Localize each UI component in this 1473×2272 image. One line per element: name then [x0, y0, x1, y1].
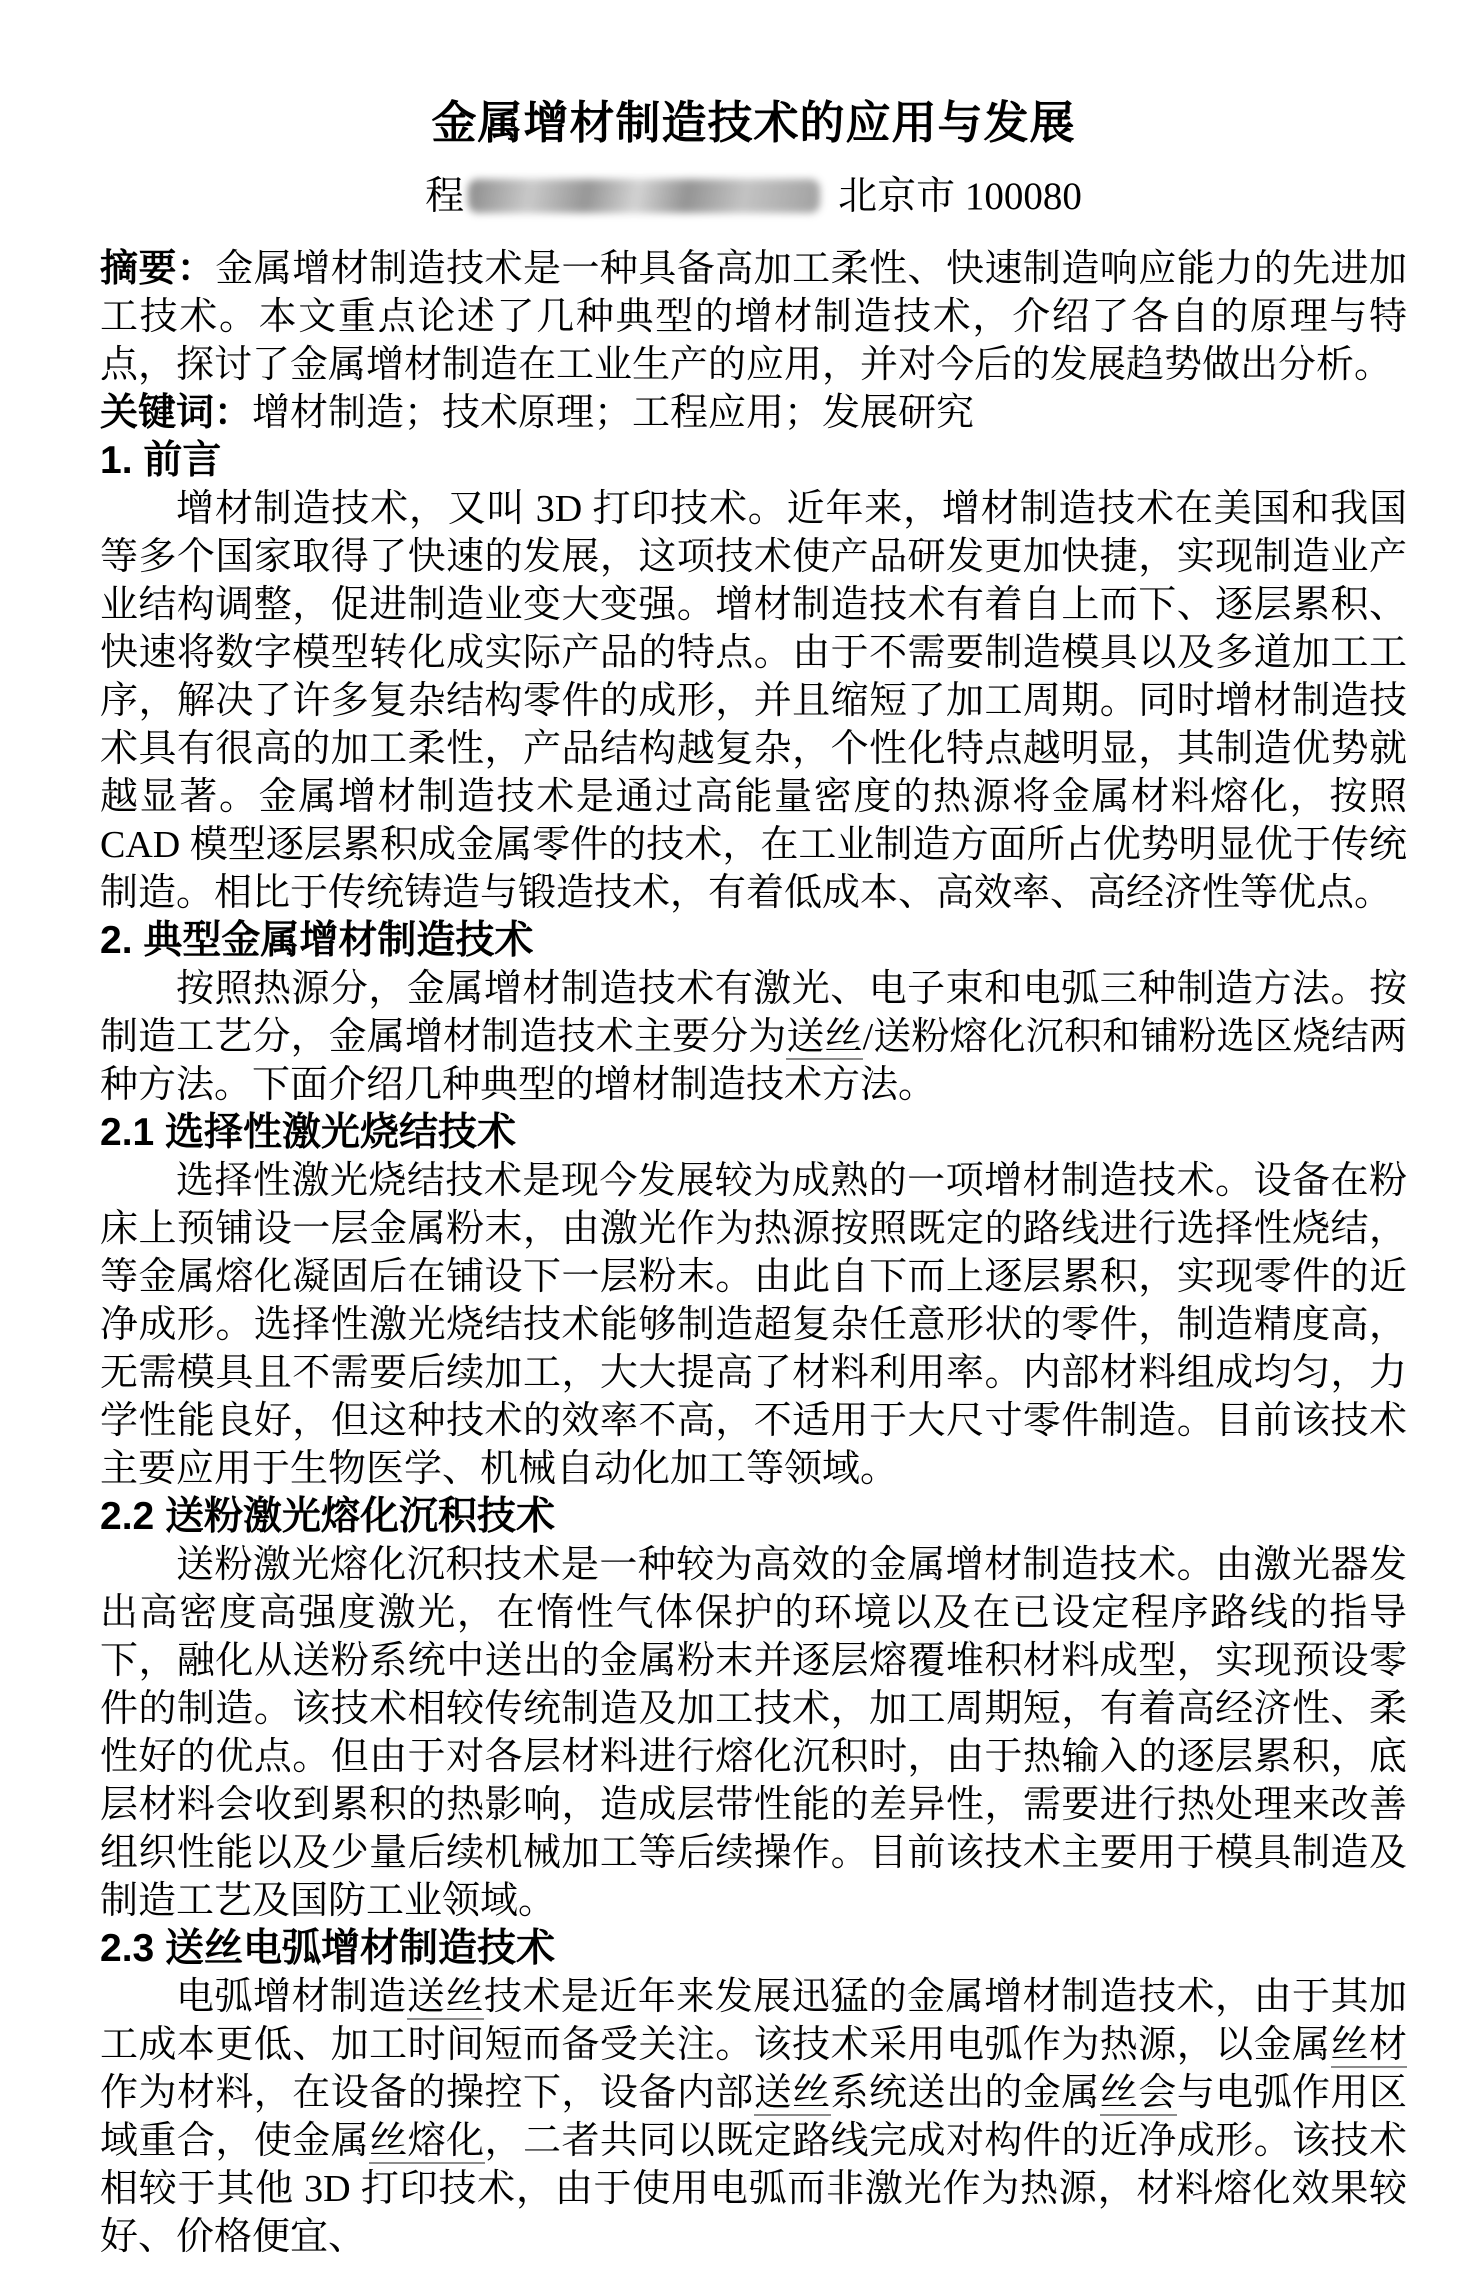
section-2-paragraph: 按照热源分，金属增材制造技术有激光、电子束和电弧三种制造方法。按制造工艺分，金属…	[100, 965, 1407, 1109]
proofing-underline: 丝会	[1100, 2072, 1177, 2116]
proofing-underline: 送丝	[407, 1976, 484, 2020]
abstract-text: 金属增材制造技术是一种具备高加工柔性、快速制造响应能力的先进加工技术。本文重点论…	[100, 248, 1407, 386]
paper-page: 金属增材制造技术的应用与发展 程北京市 100080 摘要：金属增材制造技术是一…	[0, 0, 1473, 2272]
abstract-paragraph: 摘要：金属增材制造技术是一种具备高加工柔性、快速制造响应能力的先进加工技术。本文…	[100, 245, 1407, 389]
section-1-paragraph: 增材制造技术，又叫 3D 打印技术。近年来，增材制造技术在美国和我国等多个国家取…	[100, 485, 1407, 917]
proofing-underline: 丝材	[1331, 2024, 1407, 2068]
keywords-paragraph: 关键词：增材制造；技术原理；工程应用；发展研究	[100, 389, 1407, 437]
section-2-2-heading: 2.2 送粉激光熔化沉积技术	[100, 1493, 1407, 1541]
author-affiliation: 北京市 100080	[838, 175, 1082, 218]
proofing-underline: 送丝	[754, 2072, 831, 2116]
section-2-heading: 2. 典型金属增材制造技术	[100, 917, 1407, 965]
abstract-label: 摘要：	[100, 248, 215, 290]
keywords-label: 关键词：	[100, 392, 252, 434]
section-2-3-paragraph: 电弧增材制造送丝技术是近年来发展迅猛的金属增材制造技术，由于其加工成本更低、加工…	[100, 1973, 1407, 2261]
keywords-text: 增材制造；技术原理；工程应用；发展研究	[252, 392, 974, 434]
section-2-3-heading: 2.3 送丝电弧增材制造技术	[100, 1925, 1407, 1973]
section-1-heading: 1. 前言	[100, 437, 1407, 485]
section-2-1-paragraph: 选择性激光烧结技术是现今发展较为成熟的一项增材制造技术。设备在粉床上预铺设一层金…	[100, 1157, 1407, 1493]
author-surname: 程	[425, 175, 464, 218]
section-2-1-heading: 2.1 选择性激光烧结技术	[100, 1109, 1407, 1157]
paper-title: 金属增材制造技术的应用与发展	[100, 96, 1407, 150]
author-line: 程北京市 100080	[100, 174, 1407, 220]
section-2-2-paragraph: 送粉激光熔化沉积技术是一种较为高效的金属增材制造技术。由激光器发出高密度高强度激…	[100, 1541, 1407, 1925]
author-redaction-smudge	[468, 179, 820, 213]
proofing-underline: 送丝	[786, 1016, 862, 1060]
proofing-underline: 丝熔化	[369, 2120, 484, 2164]
